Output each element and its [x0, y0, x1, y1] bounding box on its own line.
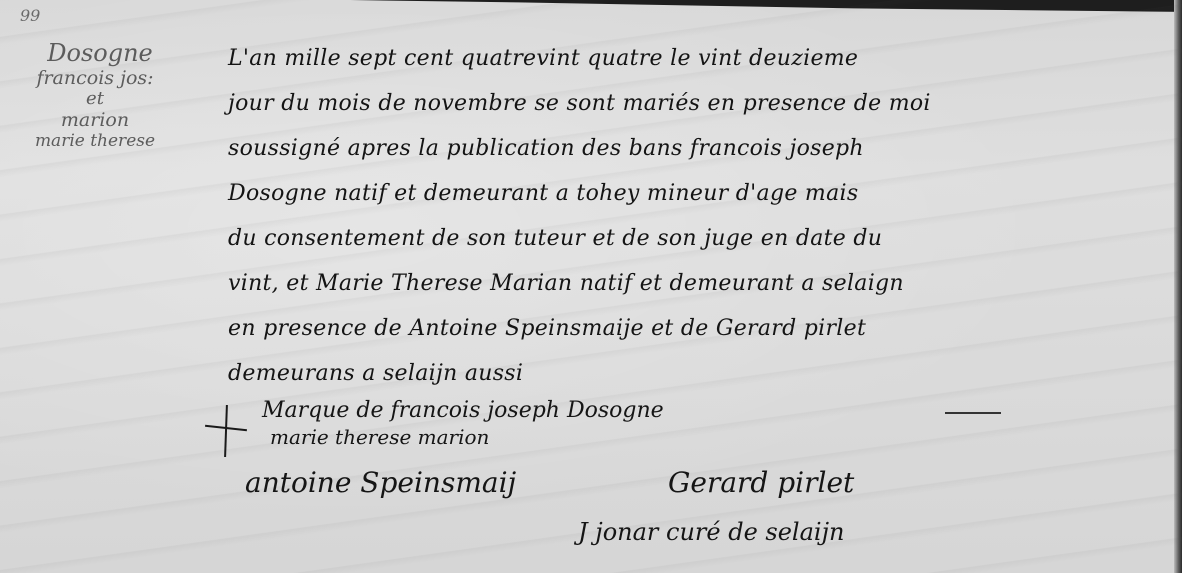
mark-line-groom: Marque de francois joseph Dosogne: [262, 398, 664, 423]
mark-line-bride: marie therese marion: [270, 425, 489, 449]
cross-mark-icon: [205, 405, 247, 457]
signature-block: Marque de francois joseph Dosogne marie …: [0, 0, 1182, 573]
signature-witness-antoine: antoine Speinsmaij: [245, 466, 516, 499]
signature-priest: J jonar curé de selaijn: [578, 518, 844, 546]
signature-witness-gerard: Gerard pirlet: [668, 466, 854, 499]
dash-divider: [945, 412, 1001, 414]
register-page-scan: 99 Dosogne francois jos: et marion marie…: [0, 0, 1182, 573]
